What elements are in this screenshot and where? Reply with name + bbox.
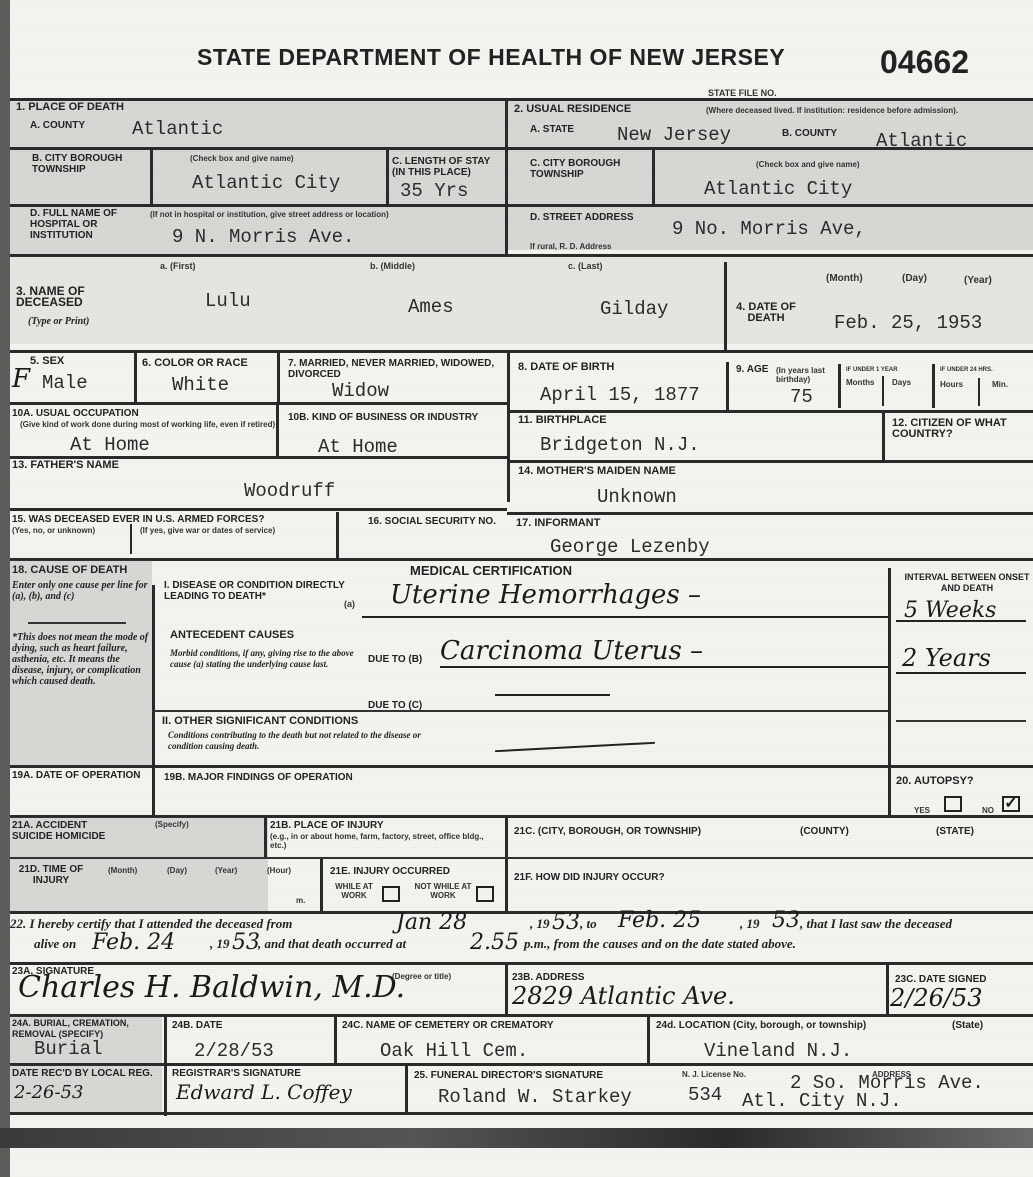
last-name-value: Gilday [600, 298, 668, 320]
attended-to-year-value: 53 [772, 908, 800, 933]
father-name-value: Woodruff [244, 480, 335, 502]
last-seen-value: Feb. 24 [92, 930, 175, 955]
residence-street-value: 9 No. Morris Ave, [672, 218, 866, 240]
date-of-death-label: 4. DATE OF DEATH [736, 302, 796, 324]
funeral-director-value: Roland W. Starkey [438, 1086, 632, 1108]
birth-date-value: April 15, 1877 [540, 384, 700, 406]
state-file-number-label: STATE FILE NO. [708, 88, 777, 98]
place-of-death-label: 1. PLACE OF DEATH [16, 102, 124, 113]
cause-b-value: Carcinoma Uterus – [440, 636, 703, 666]
license-number-value: 534 [688, 1084, 722, 1106]
residence-city-value: Atlantic City [704, 178, 852, 200]
death-city-value: Atlantic City [192, 172, 340, 194]
registrar-signature: Edward L. Coffey [176, 1080, 352, 1104]
marital-status-value: Widow [332, 380, 389, 402]
death-time-value: 2.55 [470, 930, 519, 955]
last-seen-year-value: 53 [232, 930, 260, 955]
document-title: STATE DEPARTMENT OF HEALTH OF NEW JERSEY [197, 44, 785, 71]
date-of-death-value: Feb. 25, 1953 [834, 312, 982, 334]
interval-b-value: 2 Years [902, 644, 991, 672]
cause-a-value: Uterine Hemorrhages – [390, 580, 701, 610]
burial-location-value: Vineland N.J. [704, 1040, 852, 1062]
scan-edge [0, 0, 10, 1177]
birthplace-value: Bridgeton N.J. [540, 434, 700, 456]
usual-residence-label: 2. USUAL RESIDENCE [514, 104, 631, 115]
residence-state-value: New Jersey [617, 124, 731, 146]
attended-to-value: Feb. 25 [618, 908, 701, 933]
mother-maiden-name-value: Unknown [597, 486, 677, 508]
sex-correction-mark: F [12, 364, 30, 394]
middle-name-value: Ames [408, 296, 454, 318]
attended-from-value: Jan 28 [396, 910, 467, 935]
death-certificate: STATE DEPARTMENT OF HEALTH OF NEW JERSEY… [0, 0, 1033, 1177]
autopsy-yes-checkbox[interactable] [944, 796, 962, 812]
occupation-value: At Home [70, 434, 150, 456]
registrar-date-value: 2-26-53 [14, 1082, 83, 1103]
burial-disposition-value: Burial [34, 1038, 102, 1060]
hospital-value: 9 N. Morris Ave. [172, 226, 354, 248]
physician-address-value: 2829 Atlantic Ave. [512, 982, 735, 1010]
attended-from-year-value: 53 [552, 910, 580, 935]
informant-value: George Lezenby [550, 536, 710, 558]
not-while-at-work-checkbox[interactable] [476, 886, 494, 902]
death-county-value: Atlantic [132, 118, 223, 140]
race-value: White [172, 374, 229, 396]
first-name-value: Lulu [205, 290, 251, 312]
date-signed-value: 2/26/53 [890, 984, 983, 1012]
state-file-number: 04662 [880, 44, 969, 81]
business-value: At Home [318, 436, 398, 458]
autopsy-no-checkbox[interactable]: ✓ [1002, 796, 1020, 812]
sex-value: Male [42, 372, 88, 394]
burial-date-value: 2/28/53 [194, 1040, 274, 1062]
length-of-stay-value: 35 Yrs [400, 180, 468, 202]
funeral-address-line2: Atl. City N.J. [742, 1090, 902, 1112]
residence-county-value: Atlantic [876, 130, 967, 152]
age-value: 75 [790, 386, 813, 408]
cemetery-value: Oak Hill Cem. [380, 1040, 528, 1062]
scan-bottom-edge [0, 1128, 1033, 1148]
name-of-deceased-label: 3. NAME OF DECEASED [16, 286, 121, 308]
cause-of-death-label: 18. CAUSE OF DEATH [12, 565, 127, 576]
physician-signature: Charles H. Baldwin, M.D. [18, 970, 405, 1005]
while-at-work-checkbox[interactable] [382, 886, 400, 902]
